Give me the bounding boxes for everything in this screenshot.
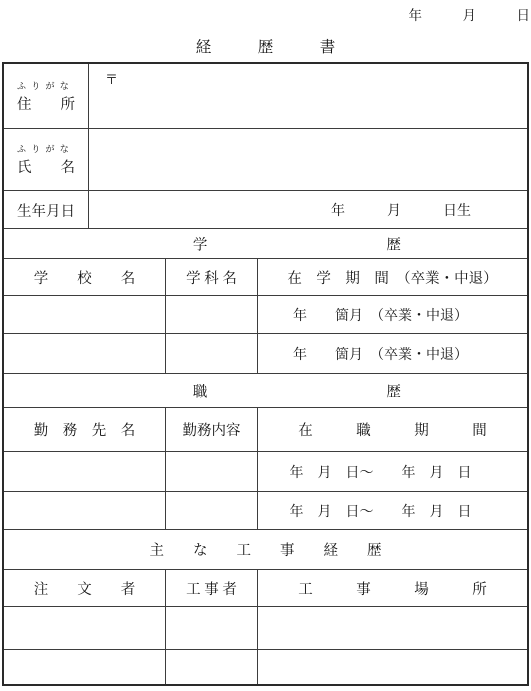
construction-section-header: 主 な 工 事 経 歴: [4, 529, 527, 569]
resume-form-page: 年 月 日 経 歴 書 ふ り が な 住 所 〒 ふ り が な 氏 名: [0, 0, 531, 691]
enrollment-period-header: 在 学 期 間 （卒業・中退）: [257, 259, 527, 295]
birthdate-unit-text: 年 月 日生: [331, 200, 471, 220]
work-columns-row: 勤 務 先 名 勤務内容 在 職 期 間: [4, 407, 527, 451]
employer-header: 勤 務 先 名: [4, 408, 165, 451]
education-header-reki: 歴: [386, 233, 401, 254]
name-label: 氏 名: [17, 156, 75, 177]
employer-input-2[interactable]: [4, 492, 165, 529]
contractor-input-2[interactable]: [165, 650, 257, 684]
enrollment-period-input-1[interactable]: 年 箇月 （卒業・中退）: [257, 296, 527, 333]
contractor-input-1[interactable]: [165, 607, 257, 649]
enrollment-period-text-1: 年 箇月 （卒業・中退）: [293, 305, 468, 325]
construction-row-1: [4, 606, 527, 649]
address-input-area[interactable]: 〒: [88, 64, 527, 128]
site-header: 工 事 場 所: [257, 570, 527, 606]
education-row-2: 年 箇月 （卒業・中退）: [4, 333, 527, 373]
work-section-header: 職 歴: [4, 373, 527, 407]
name-furigana-label: ふ り が な: [17, 142, 70, 155]
page-title: 経 歴 書: [0, 35, 531, 57]
birthdate-label-cell: 生年月日: [4, 191, 88, 228]
work-header-shoku: 職: [193, 380, 208, 401]
education-header-gaku: 学: [193, 233, 208, 254]
work-header-reki: 歴: [386, 380, 401, 401]
department-input-1[interactable]: [165, 296, 257, 333]
employment-period-input-1[interactable]: 年 月 日～ 年 月 日: [257, 452, 527, 491]
name-input-area[interactable]: [88, 129, 527, 190]
employment-period-header: 在 職 期 間: [257, 408, 527, 451]
orderer-input-2[interactable]: [4, 650, 165, 684]
site-input-2[interactable]: [257, 650, 527, 684]
department-header: 学 科 名: [165, 259, 257, 295]
construction-row-2: [4, 649, 527, 684]
enrollment-period-input-2[interactable]: 年 箇月 （卒業・中退）: [257, 334, 527, 373]
name-label-cell: ふ り が な 氏 名: [4, 129, 88, 190]
address-label-cell: ふ り が な 住 所: [4, 64, 88, 128]
date-line: 年 月 日: [409, 4, 531, 24]
postal-mark: 〒: [105, 69, 118, 88]
duty-input-2[interactable]: [165, 492, 257, 529]
birthdate-row: 生年月日 年 月 日生: [4, 190, 527, 228]
address-furigana-label: ふ り が な: [17, 79, 70, 92]
birthdate-input-area[interactable]: 年 月 日生: [88, 191, 527, 228]
address-label: 住 所: [17, 93, 75, 114]
school-name-input-2[interactable]: [4, 334, 165, 373]
form-table: ふ り が な 住 所 〒 ふ り が な 氏 名 生年月日 年 月 日生: [2, 62, 529, 686]
orderer-input-1[interactable]: [4, 607, 165, 649]
education-section-header: 学 歴: [4, 228, 527, 258]
education-row-1: 年 箇月 （卒業・中退）: [4, 295, 527, 333]
department-input-2[interactable]: [165, 334, 257, 373]
education-header-cell: 学 歴: [4, 229, 527, 258]
employment-period-text-1: 年 月 日～ 年 月 日: [290, 462, 472, 482]
employment-period-text-2: 年 月 日～ 年 月 日: [290, 501, 472, 521]
site-input-1[interactable]: [257, 607, 527, 649]
employer-input-1[interactable]: [4, 452, 165, 491]
school-name-input-1[interactable]: [4, 296, 165, 333]
duty-header: 勤務内容: [165, 408, 257, 451]
construction-header-text: 主 な 工 事 経 歴: [4, 530, 527, 569]
contractor-header: 工 事 者: [165, 570, 257, 606]
duty-input-1[interactable]: [165, 452, 257, 491]
birthdate-label: 生年月日: [17, 200, 75, 221]
name-row: ふ り が な 氏 名: [4, 128, 527, 190]
work-row-2: 年 月 日～ 年 月 日: [4, 491, 527, 529]
education-columns-row: 学 校 名 学 科 名 在 学 期 間 （卒業・中退）: [4, 258, 527, 295]
construction-columns-row: 注 文 者 工 事 者 工 事 場 所: [4, 569, 527, 606]
employment-period-input-2[interactable]: 年 月 日～ 年 月 日: [257, 492, 527, 529]
address-row: ふ り が な 住 所 〒: [4, 64, 527, 128]
school-name-header: 学 校 名: [4, 259, 165, 295]
work-row-1: 年 月 日～ 年 月 日: [4, 451, 527, 491]
work-header-cell: 職 歴: [4, 374, 527, 407]
orderer-header: 注 文 者: [4, 570, 165, 606]
enrollment-period-text-2: 年 箇月 （卒業・中退）: [293, 344, 468, 364]
